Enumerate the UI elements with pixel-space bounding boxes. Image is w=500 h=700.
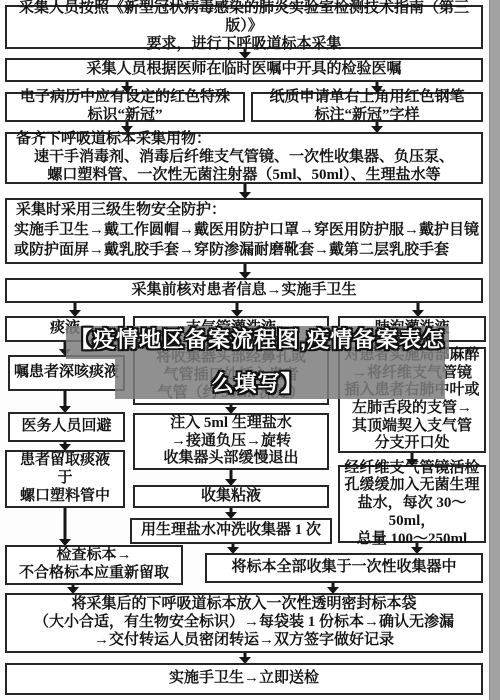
down-arrow: [242, 264, 248, 278]
step-ppe-box: 采集时采用三级生物安全防护： 实施手卫生→戴工作圆帽→戴医用防护口罩→穿医用防护…: [5, 198, 483, 264]
step-supplies-title: 备齐下呼吸道标本采集用物：: [10, 131, 484, 149]
down-arrow: [62, 391, 68, 412]
bronchial-step-mucus-box: 收集粘液: [133, 485, 329, 508]
down-arrow: [62, 508, 68, 545]
step-ppe-title: 采集时采用三级生物安全防护：: [10, 201, 484, 221]
merge-collector-text: 将标本全部收集于一次性收集器中: [210, 559, 478, 577]
down-arrow: [242, 653, 248, 663]
flowchart-page: 采集人员按照《新型冠状病毒感染的肺炎实验室检测技术指南（第三版）》 要求，进行下…: [0, 0, 500, 700]
down-arrow: [70, 585, 76, 593]
step-ppe-body: 实施手卫生→戴工作圆帽→戴医用防护口罩→穿医用防护服→戴护目镜 或防护面屏→戴乳…: [10, 221, 482, 261]
step-supplies-body: 速干手消毒剂、消毒后纤维支气管镜、一次性收集器、负压泵、 螺口塑料管、一次性无菌…: [10, 149, 478, 184]
sputum-step-check-text: 检查标本→ 不合格标本应重新留取: [10, 547, 178, 582]
sputum-step-cough-text: 嘱患者深咳痰液: [13, 364, 120, 382]
down-arrow: [415, 303, 421, 316]
watermark-background: [115, 359, 445, 399]
alveolar-step-saline-box: 经纤维支气管镜活检 孔缓缓加入无菌生理 盐水，每次 30～50ml， 总量 10…: [338, 465, 486, 543]
step-final-box: 实施手卫生→立即送检: [5, 663, 483, 695]
watermark-background: [66, 326, 449, 359]
step-guideline-text: 采集人员按照《新型冠状病毒感染的肺炎实验室检测技术指南（第三版）》 要求，进行下…: [10, 0, 478, 53]
sputum-step-avoid-text: 医务人员回避: [13, 418, 120, 436]
down-arrow: [228, 405, 234, 413]
bronchial-step-rinse-text: 用生理盐水冲洗收集器 1 次: [135, 522, 327, 540]
sputum-step-check-box: 检查标本→ 不合格标本应重新留取: [5, 545, 183, 585]
step-final-text: 实施手卫生→立即送检: [10, 670, 478, 688]
down-arrow: [72, 303, 78, 316]
down-arrow: [242, 48, 248, 58]
down-arrow: [242, 184, 248, 198]
step-emr-label-text: 电子病历中应有设定的红色特殊 标识“新冠”: [10, 89, 240, 124]
step-doctor-order-text: 采集人员根据医师在临时医嘱中开具的检验医嘱: [10, 61, 478, 79]
down-arrow: [228, 508, 234, 518]
step-guideline-box: 采集人员按照《新型冠状病毒感染的肺炎实验室检测技术指南（第三版）》 要求，进行下…: [5, 5, 483, 49]
down-arrow: [414, 543, 420, 553]
down-arrow: [228, 470, 234, 485]
sputum-step-avoid-box: 医务人员回避: [8, 412, 125, 442]
alveolar-step-saline-text: 经纤维支气管镜活检 孔缓缓加入无菌生理 盐水，每次 30～50ml， 总量 10…: [343, 460, 481, 548]
step-paper-label-text: 纸质申请单右上角用红色钢笔 标注“新冠”字样: [256, 89, 478, 124]
down-arrow: [62, 442, 68, 450]
step-doctor-order-box: 采集人员根据医师在临时医嘱中开具的检验医嘱: [5, 58, 483, 82]
step-verify-box: 采集前核对患者信息→实施手卫生: [5, 278, 483, 303]
bronchial-step-rinse-box: 用生理盐水冲洗收集器 1 次: [130, 518, 332, 544]
merge-collector-box: 将标本全部收集于一次性收集器中: [205, 553, 483, 583]
sputum-step-collect-text: 患者留取痰液 于 螺口塑料管中: [10, 452, 120, 505]
step-supplies-box: 备齐下呼吸道标本采集用物： 速干手消毒剂、消毒后纤维支气管镜、一次性收集器、负压…: [5, 132, 483, 184]
right-edge-strip: [489, 0, 500, 700]
down-arrow: [330, 583, 336, 593]
down-arrow: [230, 544, 236, 553]
bronchial-step-mucus-text: 收集粘液: [138, 488, 324, 506]
sputum-step-collect-box: 患者留取痰液 于 螺口塑料管中: [5, 450, 125, 508]
step-verify-text: 采集前核对患者信息→实施手卫生: [10, 282, 478, 300]
step-packaging-text: 将采集后的下呼吸道标本放入一次性透明密封标本袋 （大小合适，有生物安全标识）→每…: [10, 596, 478, 649]
bronchial-step-saline-text: 注入 5ml 生理盐水 →接通负压→旋转 收集器头部缓慢退出: [138, 415, 324, 468]
step-packaging-box: 将采集后的下呼吸道标本放入一次性透明密封标本袋 （大小合适，有生物安全标识）→每…: [5, 593, 483, 653]
down-arrow: [234, 303, 240, 316]
step-paper-label-box: 纸质申请单右上角用红色钢笔 标注“新冠”字样: [251, 92, 483, 122]
bronchial-step-saline-box: 注入 5ml 生理盐水 →接通负压→旋转 收集器头部缓慢退出: [133, 413, 329, 470]
sputum-step-cough-box: 嘱患者深咳痰液: [8, 355, 125, 391]
step-emr-label-box: 电子病历中应有设定的红色特殊 标识“新冠”: [5, 92, 245, 122]
